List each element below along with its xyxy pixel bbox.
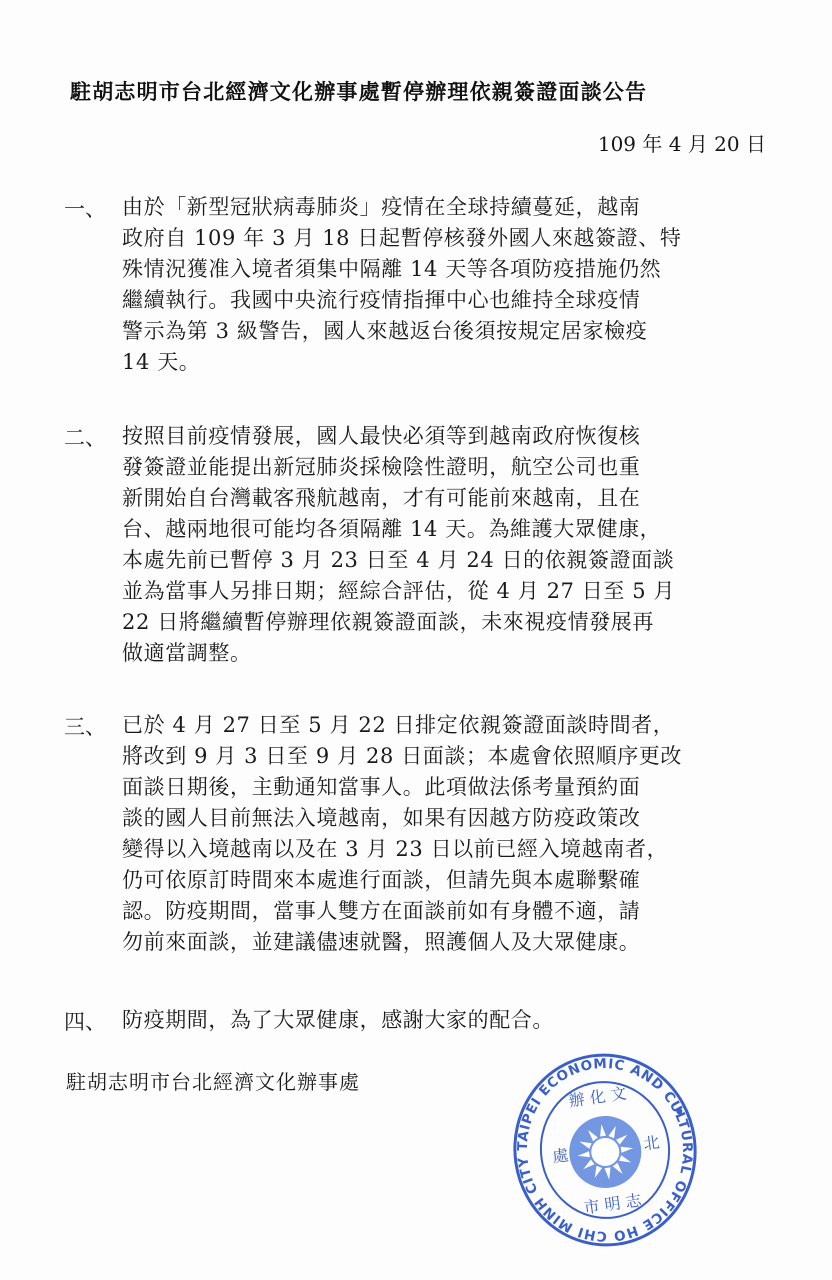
section-line: 14 天。	[122, 348, 200, 376]
section-line: 台、越兩地很可能均各須隔離 14 天。為維護大眾健康，	[122, 515, 661, 543]
section-line: 認。防疫期間，當事人雙方在面談前如有身體不適，請	[122, 897, 640, 925]
section-line: 本處先前已暫停 3 月 23 日至 4 月 24 日的依親簽證面談	[122, 546, 674, 574]
seal-icon: TAIPEI ECONOMIC AND CULTURAL OFFICE HO C…	[512, 1050, 698, 1250]
section-line: 22 日將繼續暫停辦理依親簽證面談，未來視疫情發展再	[122, 608, 654, 636]
section-line: 警示為第 3 級警告，國人來越返台後須按規定居家檢疫	[122, 317, 647, 345]
section-line: 已於 4 月 27 日至 5 月 22 日排定依親簽證面談時間者，	[122, 711, 674, 739]
section-line: 談的國人目前無法入境越南，如果有因越方防疫政策改	[122, 804, 640, 832]
official-seal-stamp: TAIPEI ECONOMIC AND CULTURAL OFFICE HO C…	[512, 1050, 698, 1250]
section-number: 二、	[64, 422, 106, 452]
section-line: 面談日期後，主動通知當事人。此項做法係考量預約面	[122, 773, 640, 801]
document-page: 駐胡志明市台北經濟文化辦事處暫停辦理依親簽證面談公告 109 年 4 月 20 …	[0, 0, 832, 1280]
document-title: 駐胡志明市台北經濟文化辦事處暫停辦理依親簽證面談公告	[70, 76, 770, 106]
section-line: 殊情況獲准入境者須集中隔離 14 天等各項防疫措施仍然	[122, 255, 661, 283]
section-line: 由於「新型冠狀病毒肺炎」疫情在全球持續蔓延，越南	[122, 193, 640, 221]
svg-text:市 明 志: 市 明 志	[582, 1190, 643, 1217]
section-line: 將改到 9 月 3 日至 9 月 28 日面談；本處會依照順序更改	[122, 742, 682, 770]
document-date: 109 年 4 月 20 日	[598, 128, 766, 157]
section-line: 繼續執行。我國中央流行疫情指揮中心也維持全球疫情	[122, 286, 640, 314]
section-line: 做適當調整。	[122, 639, 252, 667]
section-line: 仍可依原訂時間來本處進行面談，但請先與本處聯繫確	[122, 866, 640, 894]
signature: 駐胡志明市台北經濟文化辦事處	[66, 1066, 360, 1095]
section-number: 四、	[64, 1006, 106, 1036]
section-line: 按照目前疫情發展，國人最快必須等到越南政府恢復核	[122, 422, 640, 450]
section-number: 一、	[64, 193, 106, 223]
section-line: 並為當事人另排日期；經綜合評估，從 4 月 27 日至 5 月	[122, 577, 675, 605]
section-line: 防疫期間，為了大眾健康，感謝大家的配合。	[122, 1006, 554, 1034]
section-line: 勿前來面談，並建議儘速就醫，照護個人及大眾健康。	[122, 928, 640, 956]
svg-text:北: 北	[642, 1132, 661, 1153]
section-number: 三、	[64, 711, 106, 741]
section-line: 政府自 109 年 3 月 18 日起暫停核發外國人來越簽證、特	[122, 224, 681, 252]
section-line: 新開始自台灣載客飛航越南，才有可能前來越南，且在	[122, 484, 640, 512]
svg-text:處: 處	[551, 1145, 570, 1166]
section-line: 發簽證並能提出新冠肺炎採檢陰性證明，航空公司也重	[122, 453, 640, 481]
section-line: 變得以入境越南以及在 3 月 23 日以前已經入境越南者，	[122, 835, 668, 863]
